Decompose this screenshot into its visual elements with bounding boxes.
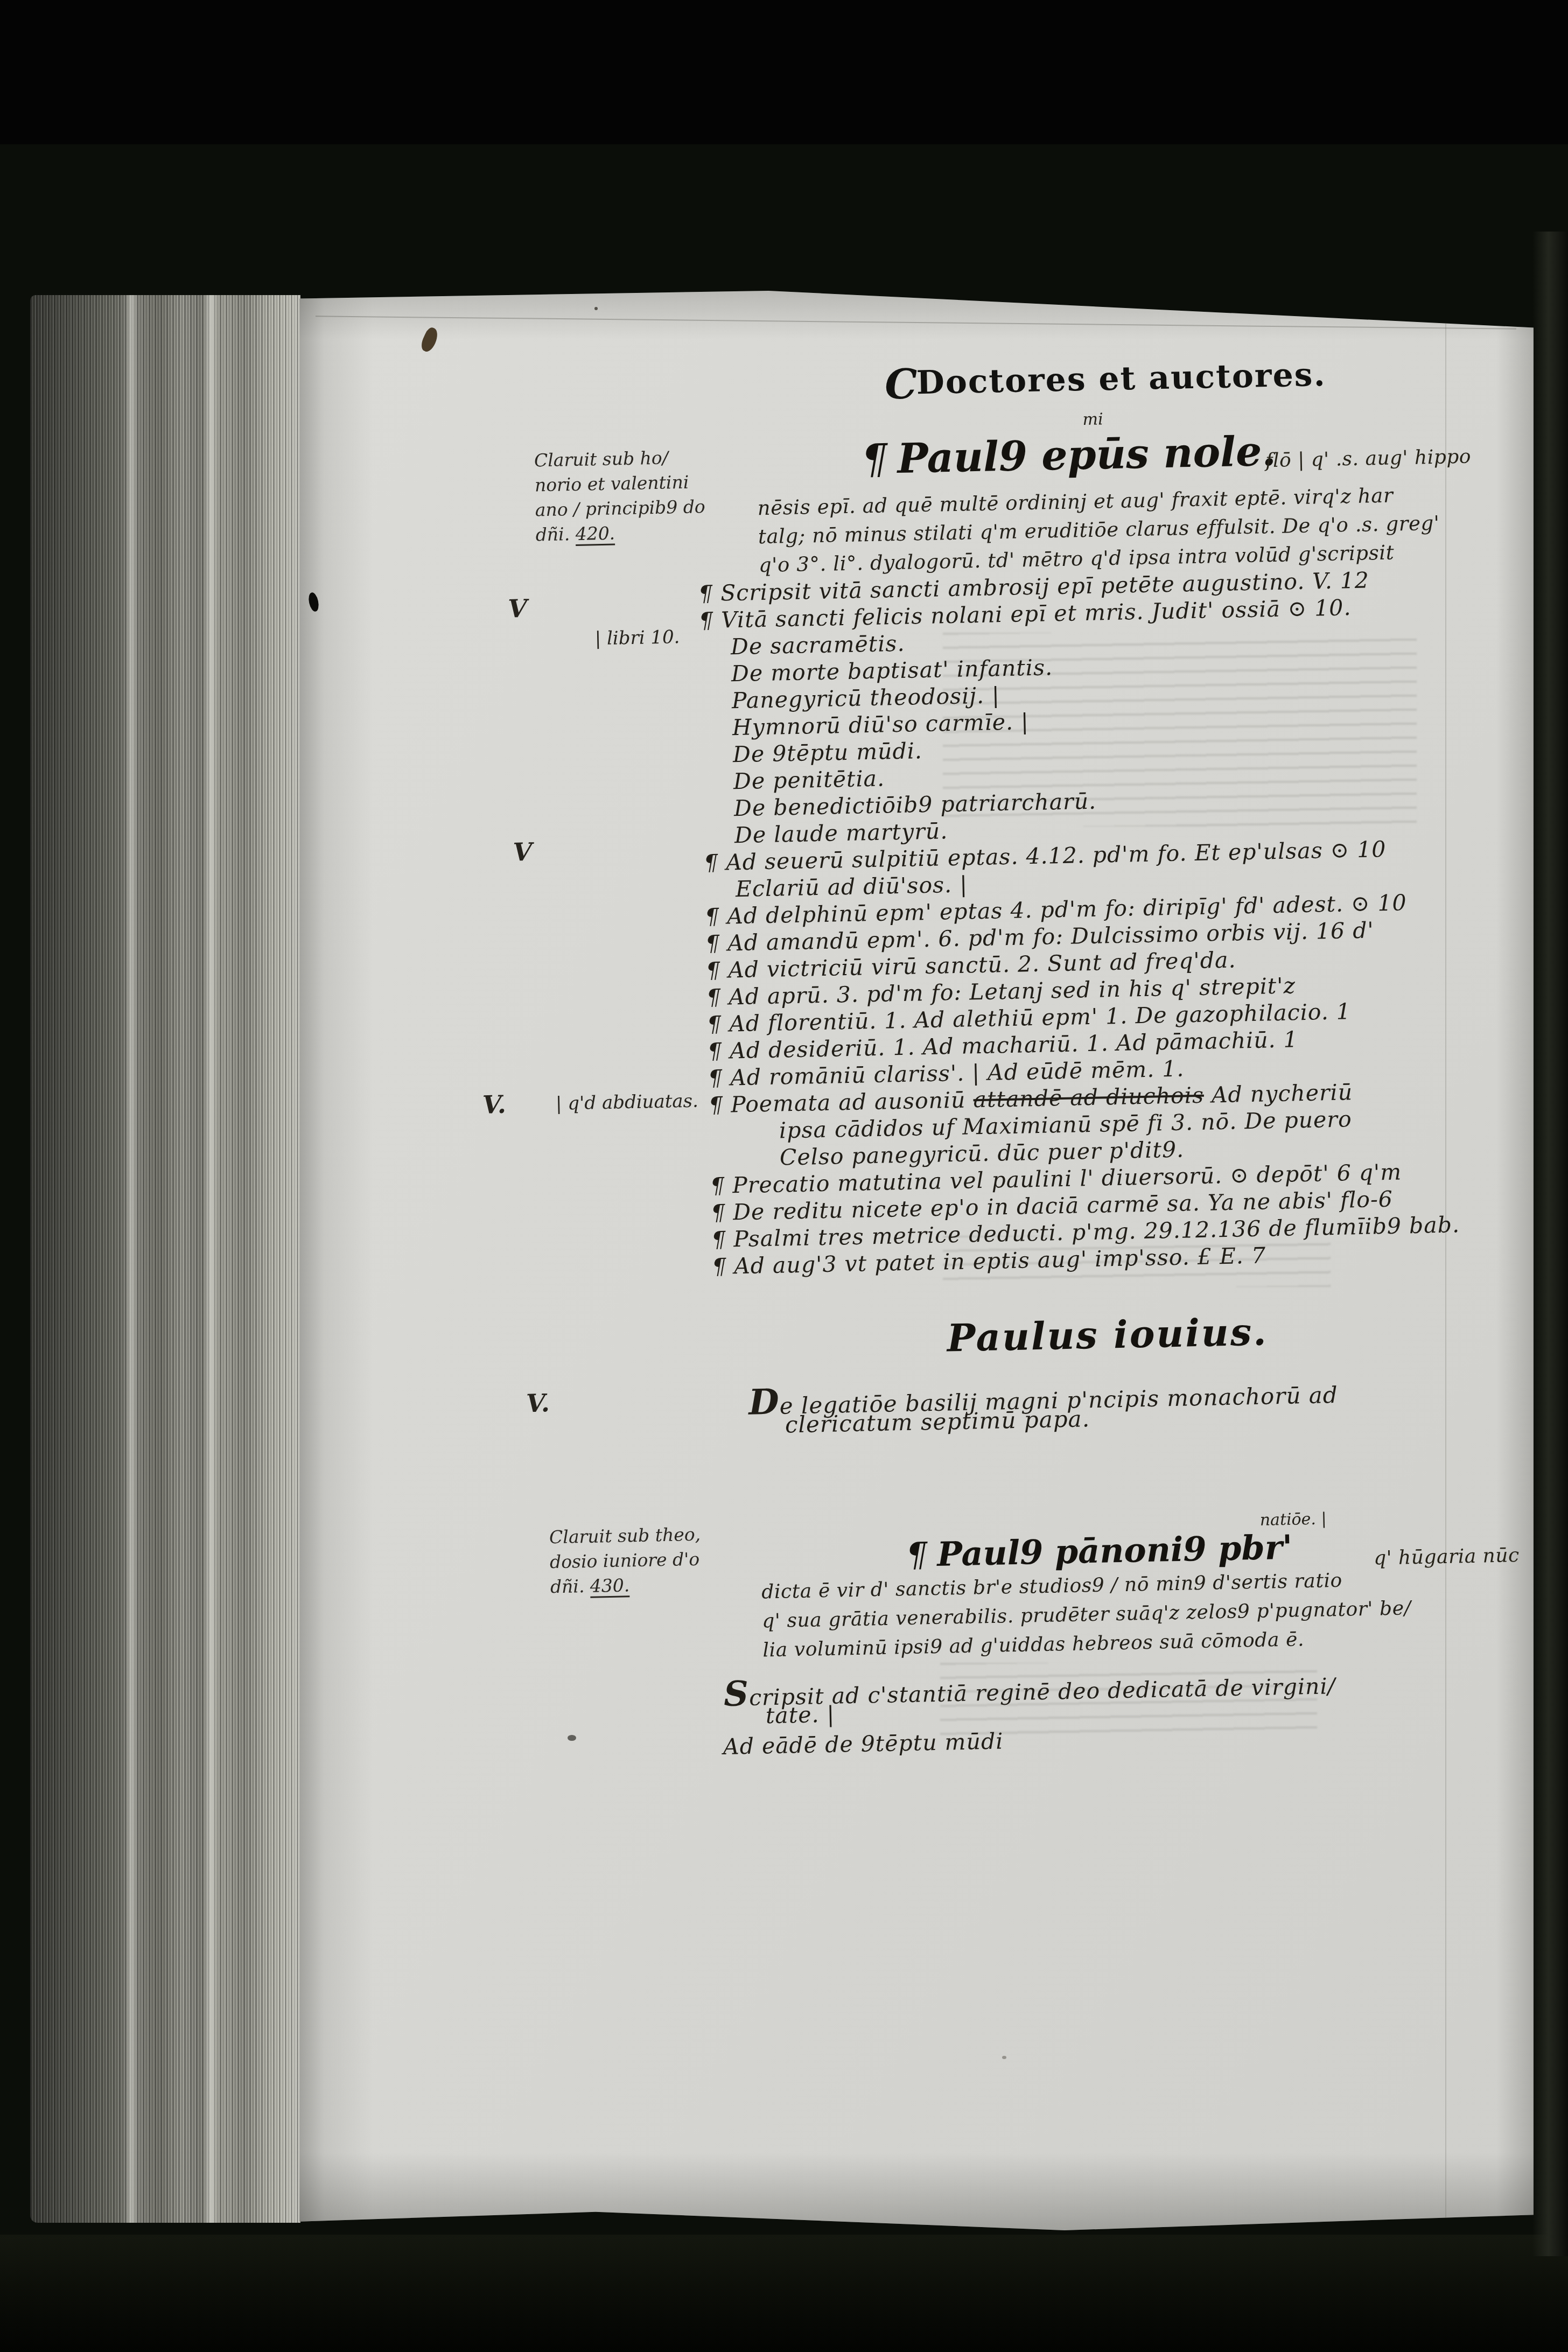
pilcrow-icon: ¶ xyxy=(861,435,888,483)
entry-heading-pannonius: ¶Paul9 pānoni9 pbr' xyxy=(906,1528,1293,1574)
manuscript-page: CDoctores et auctores. Claruit sub ho/no… xyxy=(299,291,1534,2230)
paulinus-work-line-struck-text: attandē ad diuchois xyxy=(973,1082,1204,1113)
capitulum-mark: C xyxy=(884,360,919,408)
pannonius-work-line-3: Ad eādē de 9tēptu mūdi xyxy=(723,1728,1004,1759)
entry-heading-iouius: Paulus iouius. xyxy=(947,1309,1268,1360)
margin-note-paulinus-line-year: dñi. 420. xyxy=(535,519,706,547)
margin-v-mark-3: V. xyxy=(482,1090,506,1119)
margin-abdiuatas-note: | q'd abdiuatas. xyxy=(556,1090,699,1115)
paulinus-work-line-7: De 9tēptu mūdi. xyxy=(733,738,923,767)
margin-note-pannonius-line-2: dosio iuniore d'o xyxy=(550,1547,702,1575)
heading-superscript-mi: mi xyxy=(1082,410,1103,429)
paulinus-work-line-5: Panegyricū theodosij. | xyxy=(732,682,1000,713)
paulinus-work-line-4: De morte baptisat' infantis. xyxy=(731,654,1053,687)
page-right-edge-shadow xyxy=(1532,232,1568,2256)
pannonius-paragraph-line-3: lia voluminū ipsi9 ad g'uiddas hebreos s… xyxy=(762,1628,1304,1661)
entry-heading-paulinus-name: Paul9 epūs nole. xyxy=(897,427,1277,482)
heading-superscript-natione: natiōe. | xyxy=(1259,1509,1327,1529)
heading-tail-paulinus: flō | q' .s. aug' hippo xyxy=(1265,446,1471,472)
margin-note-paulinus-year: 420. xyxy=(575,523,615,546)
manuscript-photograph: CDoctores et auctores. Claruit sub ho/no… xyxy=(0,0,1568,2352)
margin-note-pannonius-line-1: Claruit sub theo, xyxy=(549,1522,701,1550)
margin-v-mark-2: V xyxy=(513,837,533,867)
margin-note-dating-paulinus: Claruit sub ho/norio et valentiniano / p… xyxy=(534,445,706,547)
entry-heading-paulinus: ¶Paul9 epūs nole. xyxy=(861,427,1276,483)
running-title-text: Doctores et auctores. xyxy=(916,356,1326,402)
handwritten-text-layer: CDoctores et auctores. Claruit sub ho/no… xyxy=(298,267,1568,2230)
heading-tail-pannonius: q' hūgaria nūc xyxy=(1374,1544,1520,1569)
entry-heading-pannonius-name: Paul9 pānoni9 pbr' xyxy=(937,1528,1293,1574)
margin-v-mark-1: V xyxy=(508,594,528,624)
margin-note-pannonius-year: 430. xyxy=(590,1574,629,1598)
paulinus-work-line-8: De penitētia. xyxy=(733,766,885,795)
backdrop-bottom-shadow xyxy=(0,2235,1568,2352)
book-page-edges-stack xyxy=(30,295,300,2223)
pannonius-work-line-2: tate. | xyxy=(765,1702,835,1729)
paulinus-work-line-3: De sacramētis. xyxy=(731,631,905,660)
margin-note-paulinus-line-3: ano / principib9 do xyxy=(535,494,705,522)
pilcrow-icon: ¶ xyxy=(906,1535,928,1574)
paulinus-work-line-6: Hymnorū diū'so carmīe. | xyxy=(732,709,1030,740)
margin-v-mark-4: V. xyxy=(526,1388,550,1418)
pannonius-paragraph-line-2: q' sua grātia venerabilis. prudēter suāq… xyxy=(762,1597,1411,1632)
margin-libri-note: | libri 10. xyxy=(594,626,680,649)
margin-note-paulinus-line-2: norio et valentini xyxy=(534,470,705,498)
iouius-body-line-2: clericatum septimū papa. xyxy=(785,1405,1090,1438)
margin-note-pannonius-line-year: dñi. 430. xyxy=(550,1572,702,1600)
pannonius-paragraph-line-1: dicta ē vir d' sanctis br'e studios9 / n… xyxy=(761,1570,1342,1604)
paulinus-work-line-12: Eclariū ad diū'sos. | xyxy=(736,872,968,902)
margin-note-dating-pannonius: Claruit sub theo,dosio iuniore d'odñi. 4… xyxy=(549,1522,702,1600)
running-title: CDoctores et auctores. xyxy=(884,352,1326,408)
paulinus-work-line-10: De laude martyrū. xyxy=(734,818,948,848)
margin-note-paulinus-line-1: Claruit sub ho/ xyxy=(534,445,705,473)
